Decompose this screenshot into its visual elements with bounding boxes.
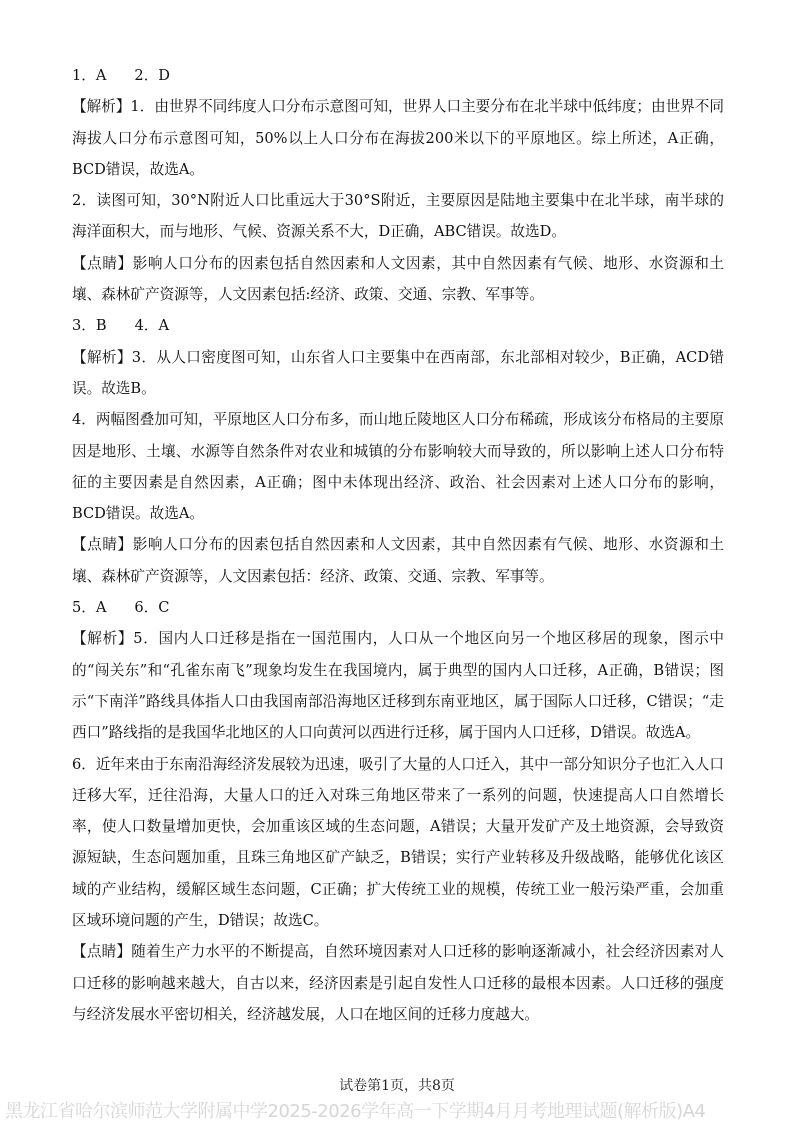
comment-q5-6: 【点睛】随着生产力水平的不断提高，自然环境因素对人口迁移的影响逐渐减小，社会经济…	[72, 936, 724, 1030]
comment-q3-4: 【点睛】影响人口分布的因素包括自然因素和人文因素，其中自然因素有气候、地形、水资…	[72, 529, 724, 592]
watermark: 黑龙江省哈尔滨师范大学附属中学2025-2026学年高一下学期4月月考地理试题(…	[5, 1097, 705, 1123]
analysis-q4: 4．两幅图叠加可知，平原地区人口分布多，而山地丘陵地区人口分布稀疏，形成该分布格…	[72, 404, 724, 529]
analysis-q6: 6．近年来由于东南沿海经济发展较为迅速，吸引了大量的人口迁入，其中一部分知识分子…	[72, 749, 724, 937]
document-body: 1．A2．D 【解析】1．由世界不同纬度人口分布示意图可知，世界人口主要分布在北…	[72, 60, 724, 1030]
analysis-q1: 【解析】1．由世界不同纬度人口分布示意图可知，世界人口主要分布在北半球中低纬度；…	[72, 91, 724, 185]
answer-2: 2．D	[134, 60, 170, 91]
answer-6: 6．C	[134, 592, 169, 623]
page-number-footer: 试卷第1页，共8页	[0, 1075, 794, 1095]
answer-1: 1．A	[72, 60, 106, 91]
answer-line-5-6: 5．A6．C	[72, 592, 724, 623]
answer-line-1-2: 1．A2．D	[72, 60, 724, 91]
answer-5: 5．A	[72, 592, 106, 623]
analysis-q2: 2．读图可知，30°N附近人口比重远大于30°S附近，主要原因是陆地主要集中在北…	[72, 185, 724, 248]
answer-line-3-4: 3．B4．A	[72, 310, 724, 341]
answer-4: 4．A	[135, 310, 169, 341]
answer-3: 3．B	[72, 310, 107, 341]
comment-q1-2: 【点睛】影响人口分布的因素包括自然因素和人文因素，其中自然因素有气候、地形、水资…	[72, 248, 724, 311]
analysis-q3: 【解析】3．从人口密度图可知，山东省人口主要集中在西南部，东北部相对较少，B正确…	[72, 342, 724, 405]
analysis-q5: 【解析】5．国内人口迁移是指在一国范围内，人口从一个地区向另一个地区移居的现象，…	[72, 623, 724, 748]
